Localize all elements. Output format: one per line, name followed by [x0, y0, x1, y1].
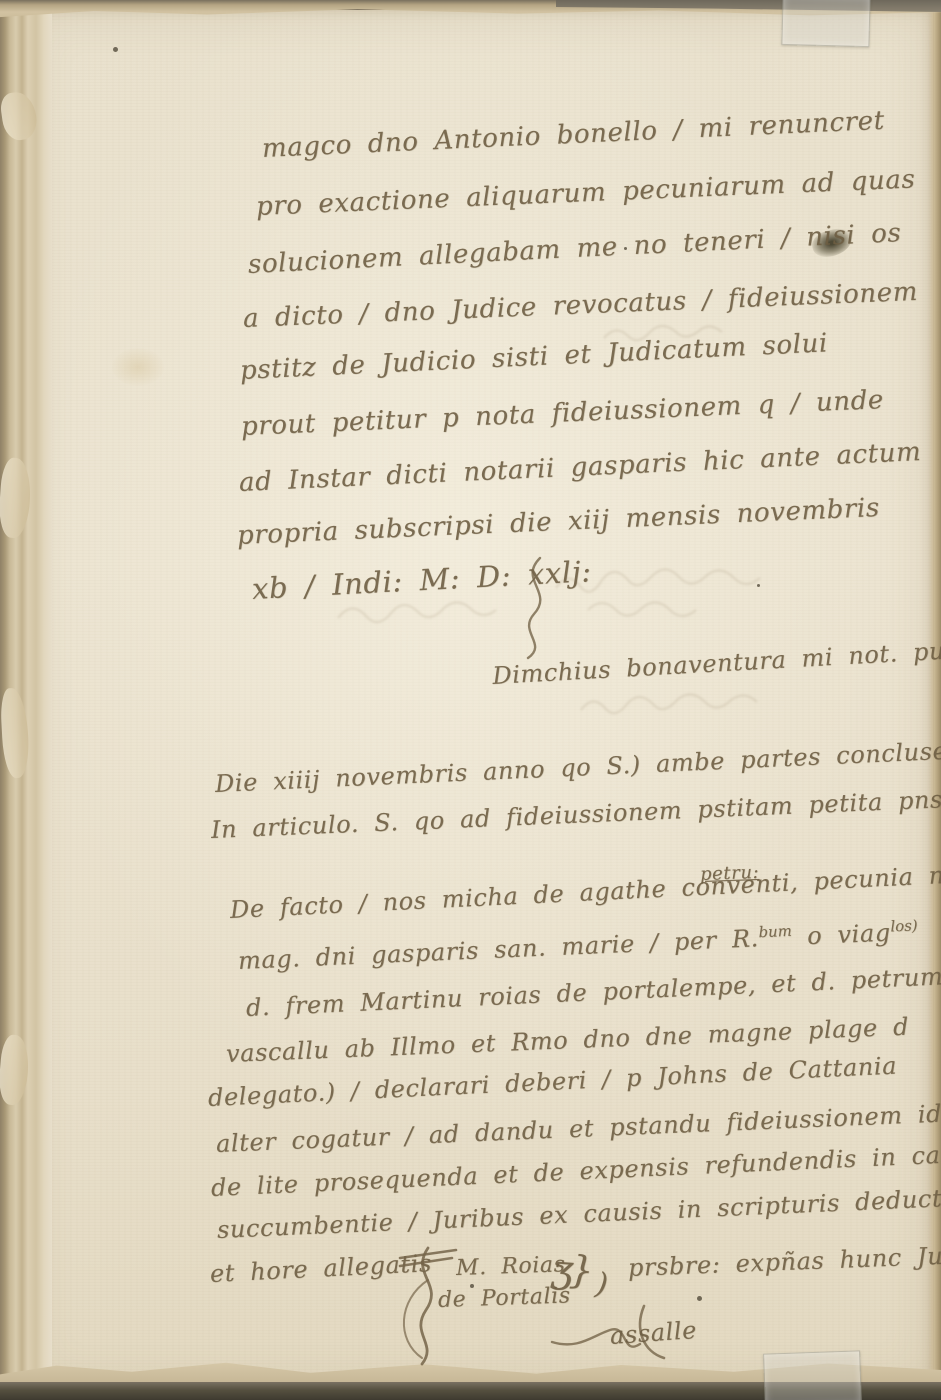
superscript-note: los) [890, 916, 918, 935]
brace-glyph: ʒ} [550, 1246, 591, 1293]
para3-line2-mid: o viag [791, 919, 891, 951]
ink-speck [113, 47, 118, 52]
ghost-bleedthrough [575, 678, 795, 738]
superscript-note: bum [758, 922, 792, 941]
tape-strip-bottom-right [763, 1350, 862, 1400]
manuscript-photo: magco dno Antonio bonello / mi renuncret… [0, 0, 941, 1400]
paper-stain [112, 348, 164, 386]
tape-strip-top-right [781, 0, 870, 47]
ink-speck [757, 584, 760, 587]
signer-name-line1: M. Roias [456, 1252, 566, 1281]
